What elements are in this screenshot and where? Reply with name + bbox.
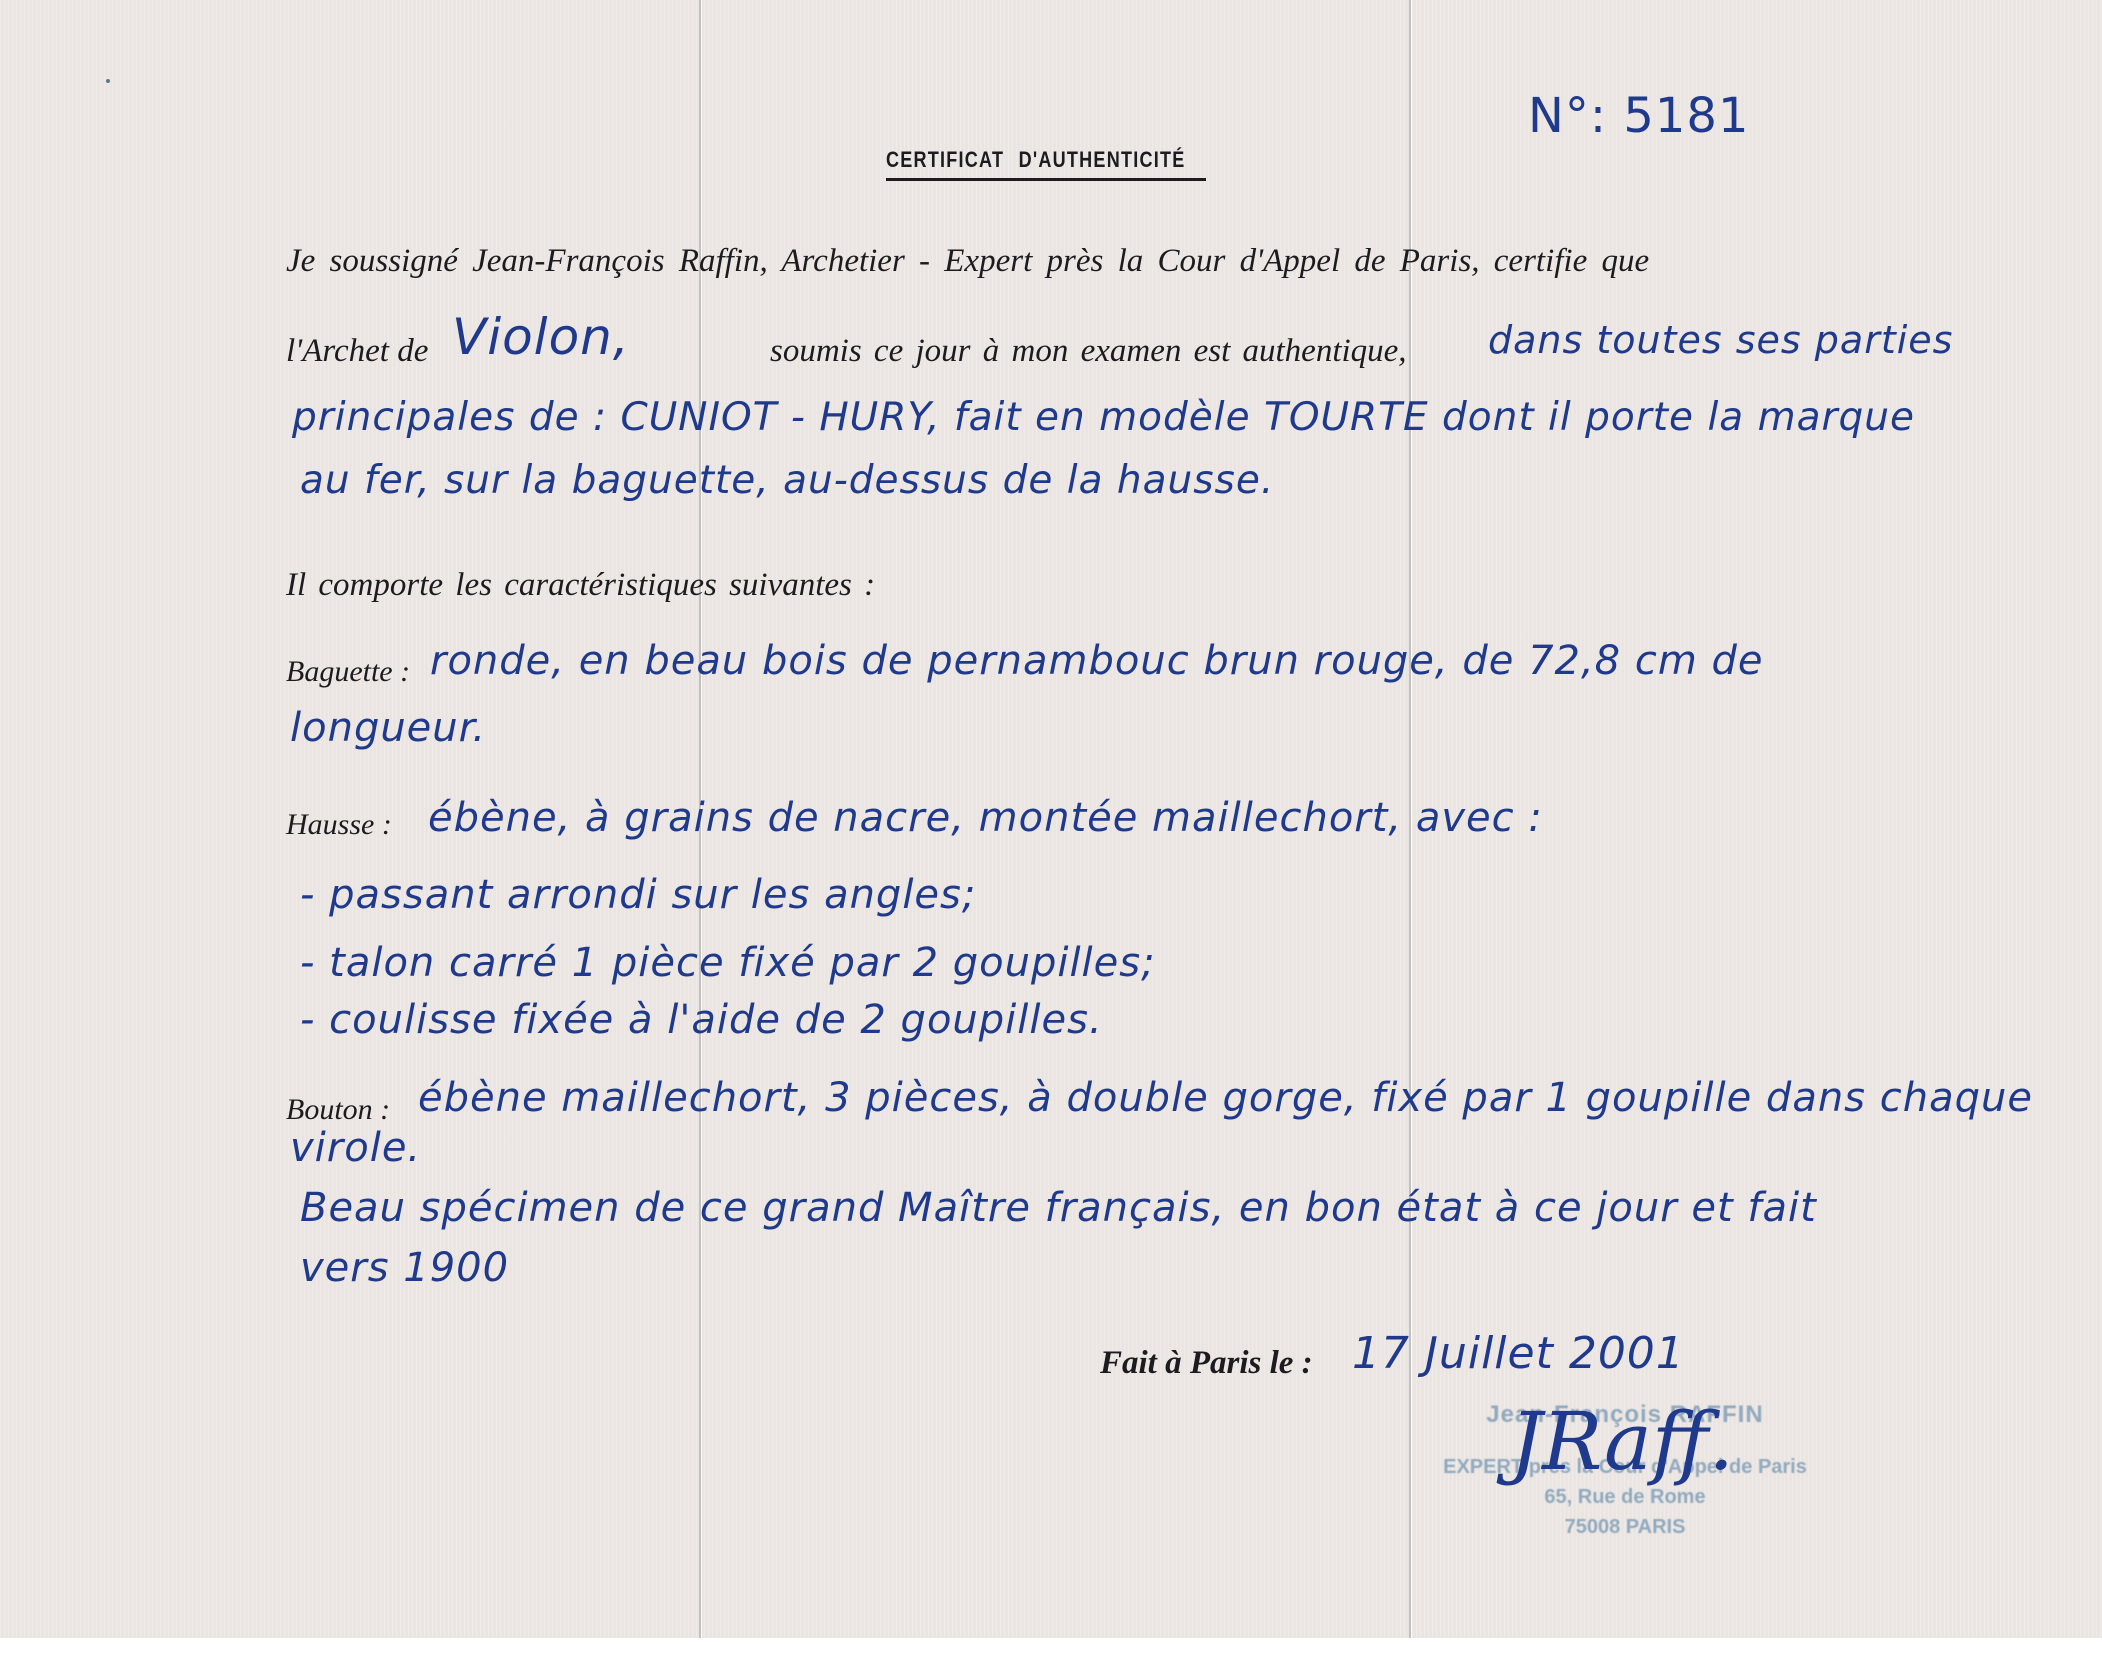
characteristics-heading: Il comporte les caractéristiques suivant… <box>286 567 875 604</box>
baguette-text-2: longueur. <box>290 705 486 751</box>
hausse-item: - talon carré 1 pièce fixé par 2 goupill… <box>300 940 1156 986</box>
hausse-item: - coulisse fixée à l'aide de 2 goupilles… <box>300 997 1103 1043</box>
archet-handwritten-2: principales de : CUNIOT - HURY, fait en … <box>292 395 1915 440</box>
instrument-handwritten: Violon, <box>452 308 630 366</box>
certificate-title: CERTIFICAT D'AUTHENTICITÉ <box>886 147 1185 173</box>
hausse-item: - passant arrondi sur les angles; <box>300 872 976 918</box>
bouton-text-2: virole. <box>290 1125 421 1171</box>
archet-prefix: l'Archet de <box>286 333 428 370</box>
certificate-page: CERTIFICAT D'AUTHENTICITÉ N°: 5181 Je so… <box>0 0 2102 1638</box>
baguette-label: Baguette : <box>286 655 410 689</box>
conclusion-2: vers 1900 <box>300 1245 509 1291</box>
bouton-label: Bouton : <box>286 1093 390 1127</box>
signature: JRaff. <box>1510 1395 1734 1488</box>
hausse-label: Hausse : <box>286 808 392 842</box>
title-underline <box>886 178 1206 181</box>
conclusion-1: Beau spécimen de ce grand Maître françai… <box>300 1185 1817 1231</box>
stamp-line-3: 75008 PARIS <box>1430 1512 1820 1542</box>
certificate-number: N°: 5181 <box>1528 88 1750 144</box>
bouton-text-1: ébène maillechort, 3 pièces, à double go… <box>418 1075 2033 1121</box>
archet-handwritten-3: au fer, sur la baguette, au-dessus de la… <box>300 458 1274 503</box>
intro-line: Je soussigné Jean-François Raffin, Arche… <box>286 243 1649 280</box>
hausse-text: ébène, à grains de nacre, montée maillec… <box>428 795 1543 841</box>
place-label: Fait à Paris le : <box>1100 1345 1313 1382</box>
archet-handwritten-1: dans toutes ses parties <box>1488 318 1953 362</box>
archet-middle: soumis ce jour à mon examen est authenti… <box>770 333 1407 370</box>
signing-date: 17 Juillet 2001 <box>1352 1328 1685 1379</box>
baguette-text-1: ronde, en beau bois de pernambouc brun r… <box>430 638 1764 684</box>
ink-speck <box>106 79 110 83</box>
